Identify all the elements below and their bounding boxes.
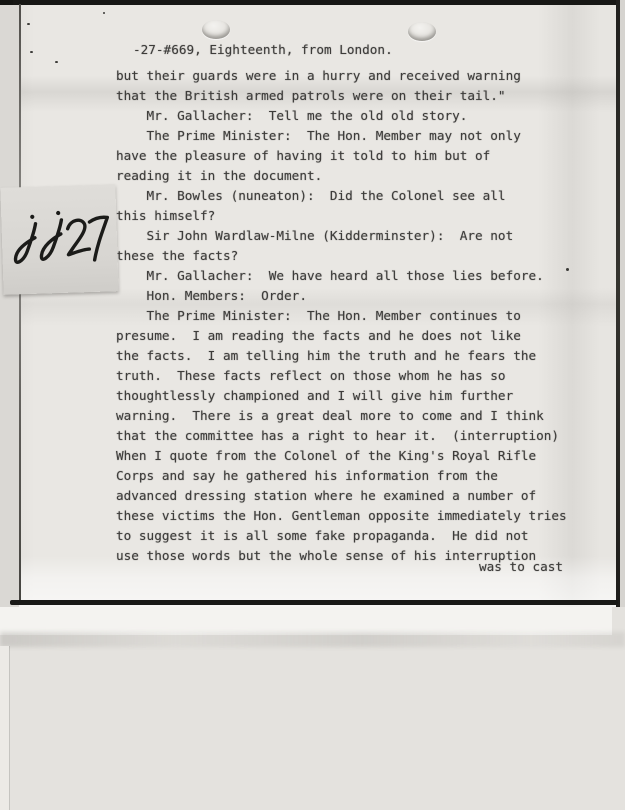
typed-line: have the pleasure of having it told to h…	[116, 146, 567, 166]
typed-line: warning. There is a great deal more to c…	[116, 406, 567, 426]
typed-line: to suggest it is all some fake propagand…	[116, 526, 567, 546]
typed-line: Mr. Gallacher: Tell me the old old story…	[116, 106, 567, 126]
typed-line: that the committee has a right to hear i…	[116, 426, 567, 446]
typed-line: Sir John Wardlaw-Milne (Kidderminster): …	[116, 226, 567, 246]
ink-speck	[27, 23, 30, 25]
typed-line: the facts. I am telling him the truth an…	[116, 346, 567, 366]
typed-line: Hon. Members: Order.	[116, 286, 567, 306]
ink-speck	[55, 61, 58, 63]
photo-right-edge	[616, 0, 620, 607]
fastener-hole-right	[408, 22, 436, 41]
ink-speck	[103, 12, 105, 14]
typed-line: this himself?	[116, 206, 567, 226]
photostat-of-typed-page: -27-#669, Eighteenth, from London. but t…	[0, 0, 625, 607]
typed-line: When I quote from the Colonel of the Kin…	[116, 446, 567, 466]
typed-line: Mr. Bowles (nuneaton): Did the Colonel s…	[116, 186, 567, 206]
catchline: was to cast	[479, 557, 563, 577]
backing-sheet-smudge	[0, 632, 625, 647]
page-edge-line	[19, 4, 21, 602]
typed-line: Corps and say he gathered his informatio…	[116, 466, 567, 486]
typed-line: thoughtlessly championed and I will give…	[116, 386, 567, 406]
page-header: -27-#669, Eighteenth, from London.	[133, 40, 393, 60]
typed-line: reading it in the document.	[116, 166, 567, 186]
backing-sheet-edge-line	[9, 646, 10, 810]
photo-bottom-edge	[10, 600, 618, 605]
page-left-margin	[0, 5, 19, 607]
typed-lines: but their guards were in a hurry and rec…	[116, 66, 567, 566]
typed-line: Mr. Gallacher: We have heard all those l…	[116, 266, 567, 286]
typed-line: The Prime Minister: The Hon. Member may …	[116, 126, 567, 146]
backing-sheet-highlight	[0, 607, 612, 635]
handwritten-mark-jj27	[0, 184, 118, 295]
archive-label	[0, 184, 118, 295]
backing-sheet-left-edge	[0, 646, 9, 810]
photo-top-edge	[0, 0, 625, 5]
typed-line: The Prime Minister: The Hon. Member cont…	[116, 306, 567, 326]
typed-line: these the facts?	[116, 246, 567, 266]
typed-line: these victims the Hon. Gentleman opposit…	[116, 506, 567, 526]
typed-line: advanced dressing station where he exami…	[116, 486, 567, 506]
fastener-hole-left	[202, 20, 230, 39]
ink-speck	[30, 51, 33, 53]
typed-line: truth. These facts reflect on those whom…	[116, 366, 567, 386]
scanned-page: -27-#669, Eighteenth, from London. but t…	[0, 0, 625, 810]
ink-speck	[566, 268, 569, 271]
typed-line: presume. I am reading the facts and he d…	[116, 326, 567, 346]
typed-line: but their guards were in a hurry and rec…	[116, 66, 567, 86]
photo-right-border	[620, 0, 625, 607]
typed-line: that the British armed patrols were on t…	[116, 86, 567, 106]
